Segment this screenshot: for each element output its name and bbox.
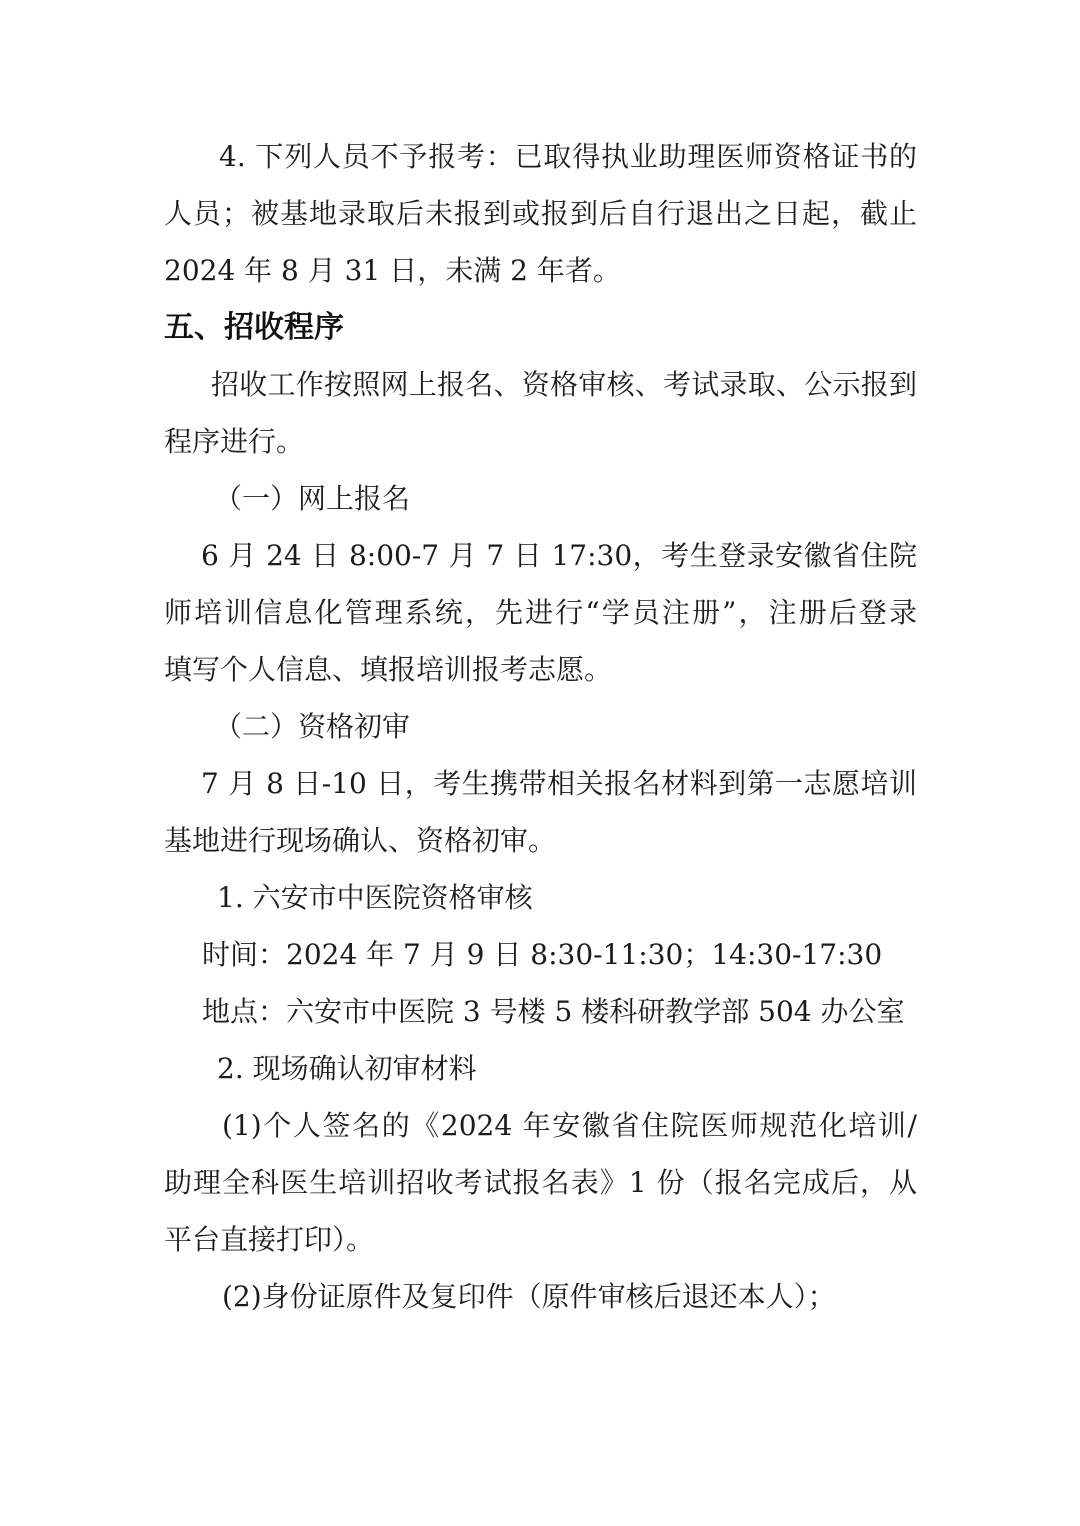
document-line: 师培训信息化管理系统，先进行“学员注册”，注册后登录 <box>164 584 917 641</box>
document-body: 4. 下列人员不予报考：已取得执业助理医师资格证书的人员；被基地录取后未报到或报… <box>164 128 917 1325</box>
document-line: (2)身份证原件及复印件（原件审核后退还本人）； <box>164 1268 917 1325</box>
document-line: （二）资格初审 <box>164 698 917 755</box>
document-line: (1)个人签名的《2024 年安徽省住院医师规范化培训/ <box>164 1097 917 1154</box>
document-line: 助理全科医生培训招收考试报名表》1 份（报名完成后，从 <box>164 1154 917 1211</box>
document-line: 6 月 24 日 8:00-7 月 7 日 17:30，考生登录安徽省住院医 <box>164 527 917 584</box>
document-line: 7 月 8 日-10 日，考生携带相关报名材料到第一志愿培训 <box>164 755 917 812</box>
document-line: 人员；被基地录取后未报到或报到后自行退出之日起，截止 <box>164 185 917 242</box>
document-line: 地点：六安市中医院 3 号楼 5 楼科研教学部 504 办公室 <box>164 983 917 1040</box>
document-page: 4. 下列人员不予报考：已取得执业助理医师资格证书的人员；被基地录取后未报到或报… <box>0 0 1080 1526</box>
document-line: 招收工作按照网上报名、资格审核、考试录取、公示报到 <box>164 356 917 413</box>
document-line: 2. 现场确认初审材料 <box>164 1040 917 1097</box>
document-line: 基地进行现场确认、资格初审。 <box>164 812 917 869</box>
document-line: 1. 六安市中医院资格审核 <box>164 869 917 926</box>
document-line: 4. 下列人员不予报考：已取得执业助理医师资格证书的 <box>164 128 917 185</box>
document-line: （一）网上报名 <box>164 470 917 527</box>
document-line: 平台直接打印）。 <box>164 1211 917 1268</box>
document-line: 程序进行。 <box>164 413 917 470</box>
section-heading: 五、招收程序 <box>164 299 917 356</box>
document-line: 2024 年 8 月 31 日，未满 2 年者。 <box>164 242 917 299</box>
document-line: 时间：2024 年 7 月 9 日 8:30-11:30；14:30-17:30 <box>164 926 917 983</box>
document-line: 填写个人信息、填报培训报考志愿。 <box>164 641 917 698</box>
